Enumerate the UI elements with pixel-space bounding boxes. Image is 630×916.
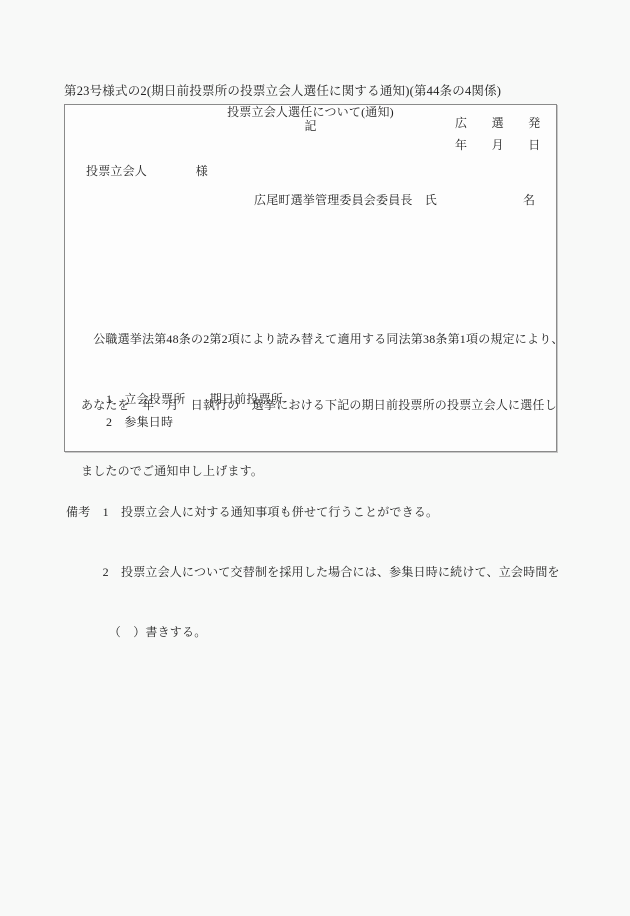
issue-date-line: 年 月 日 (455, 138, 540, 152)
remarks-line-2: 2 投票立会人について交替制を採用した場合には、参集日時に続けて、立会時間を (66, 562, 560, 582)
remarks-line-3: （ ）書きする。 (66, 622, 560, 642)
body-line-1: 公職選挙法第48条の2第2項により読み替えて適用する同法第38条第1項の規定によ… (81, 328, 549, 350)
list-item-polling-place: 1 立会投票所 期日前投票所 (106, 392, 283, 406)
issue-code-line: 広 選 発 (455, 116, 540, 130)
addressee-line: 投票立会人 様 (86, 164, 208, 178)
form-title: 第23号様式の2(期日前投票所の投票立会人選任に関する通知)(第44条の4関係) (64, 84, 501, 98)
remarks-section: 備考 1 投票立会人に対する通知事項も併せて行うことができる。 2 投票立会人に… (66, 462, 560, 682)
list-item-assembly-time: 2 参集日時 (106, 415, 173, 429)
remarks-line-1: 備考 1 投票立会人に対する通知事項も併せて行うことができる。 (66, 502, 560, 522)
document-page: 第23号様式の2(期日前投票所の投票立会人選任に関する通知)(第44条の4関係)… (0, 0, 630, 916)
notice-box: 広 選 発 年 月 日 投票立会人 様 広尾町選挙管理委員会委員長 氏 名 投票… (64, 104, 557, 452)
issuer-title-line: 広尾町選挙管理委員会委員長 氏 (254, 193, 437, 207)
issuer-name-suffix: 名 (523, 193, 535, 207)
